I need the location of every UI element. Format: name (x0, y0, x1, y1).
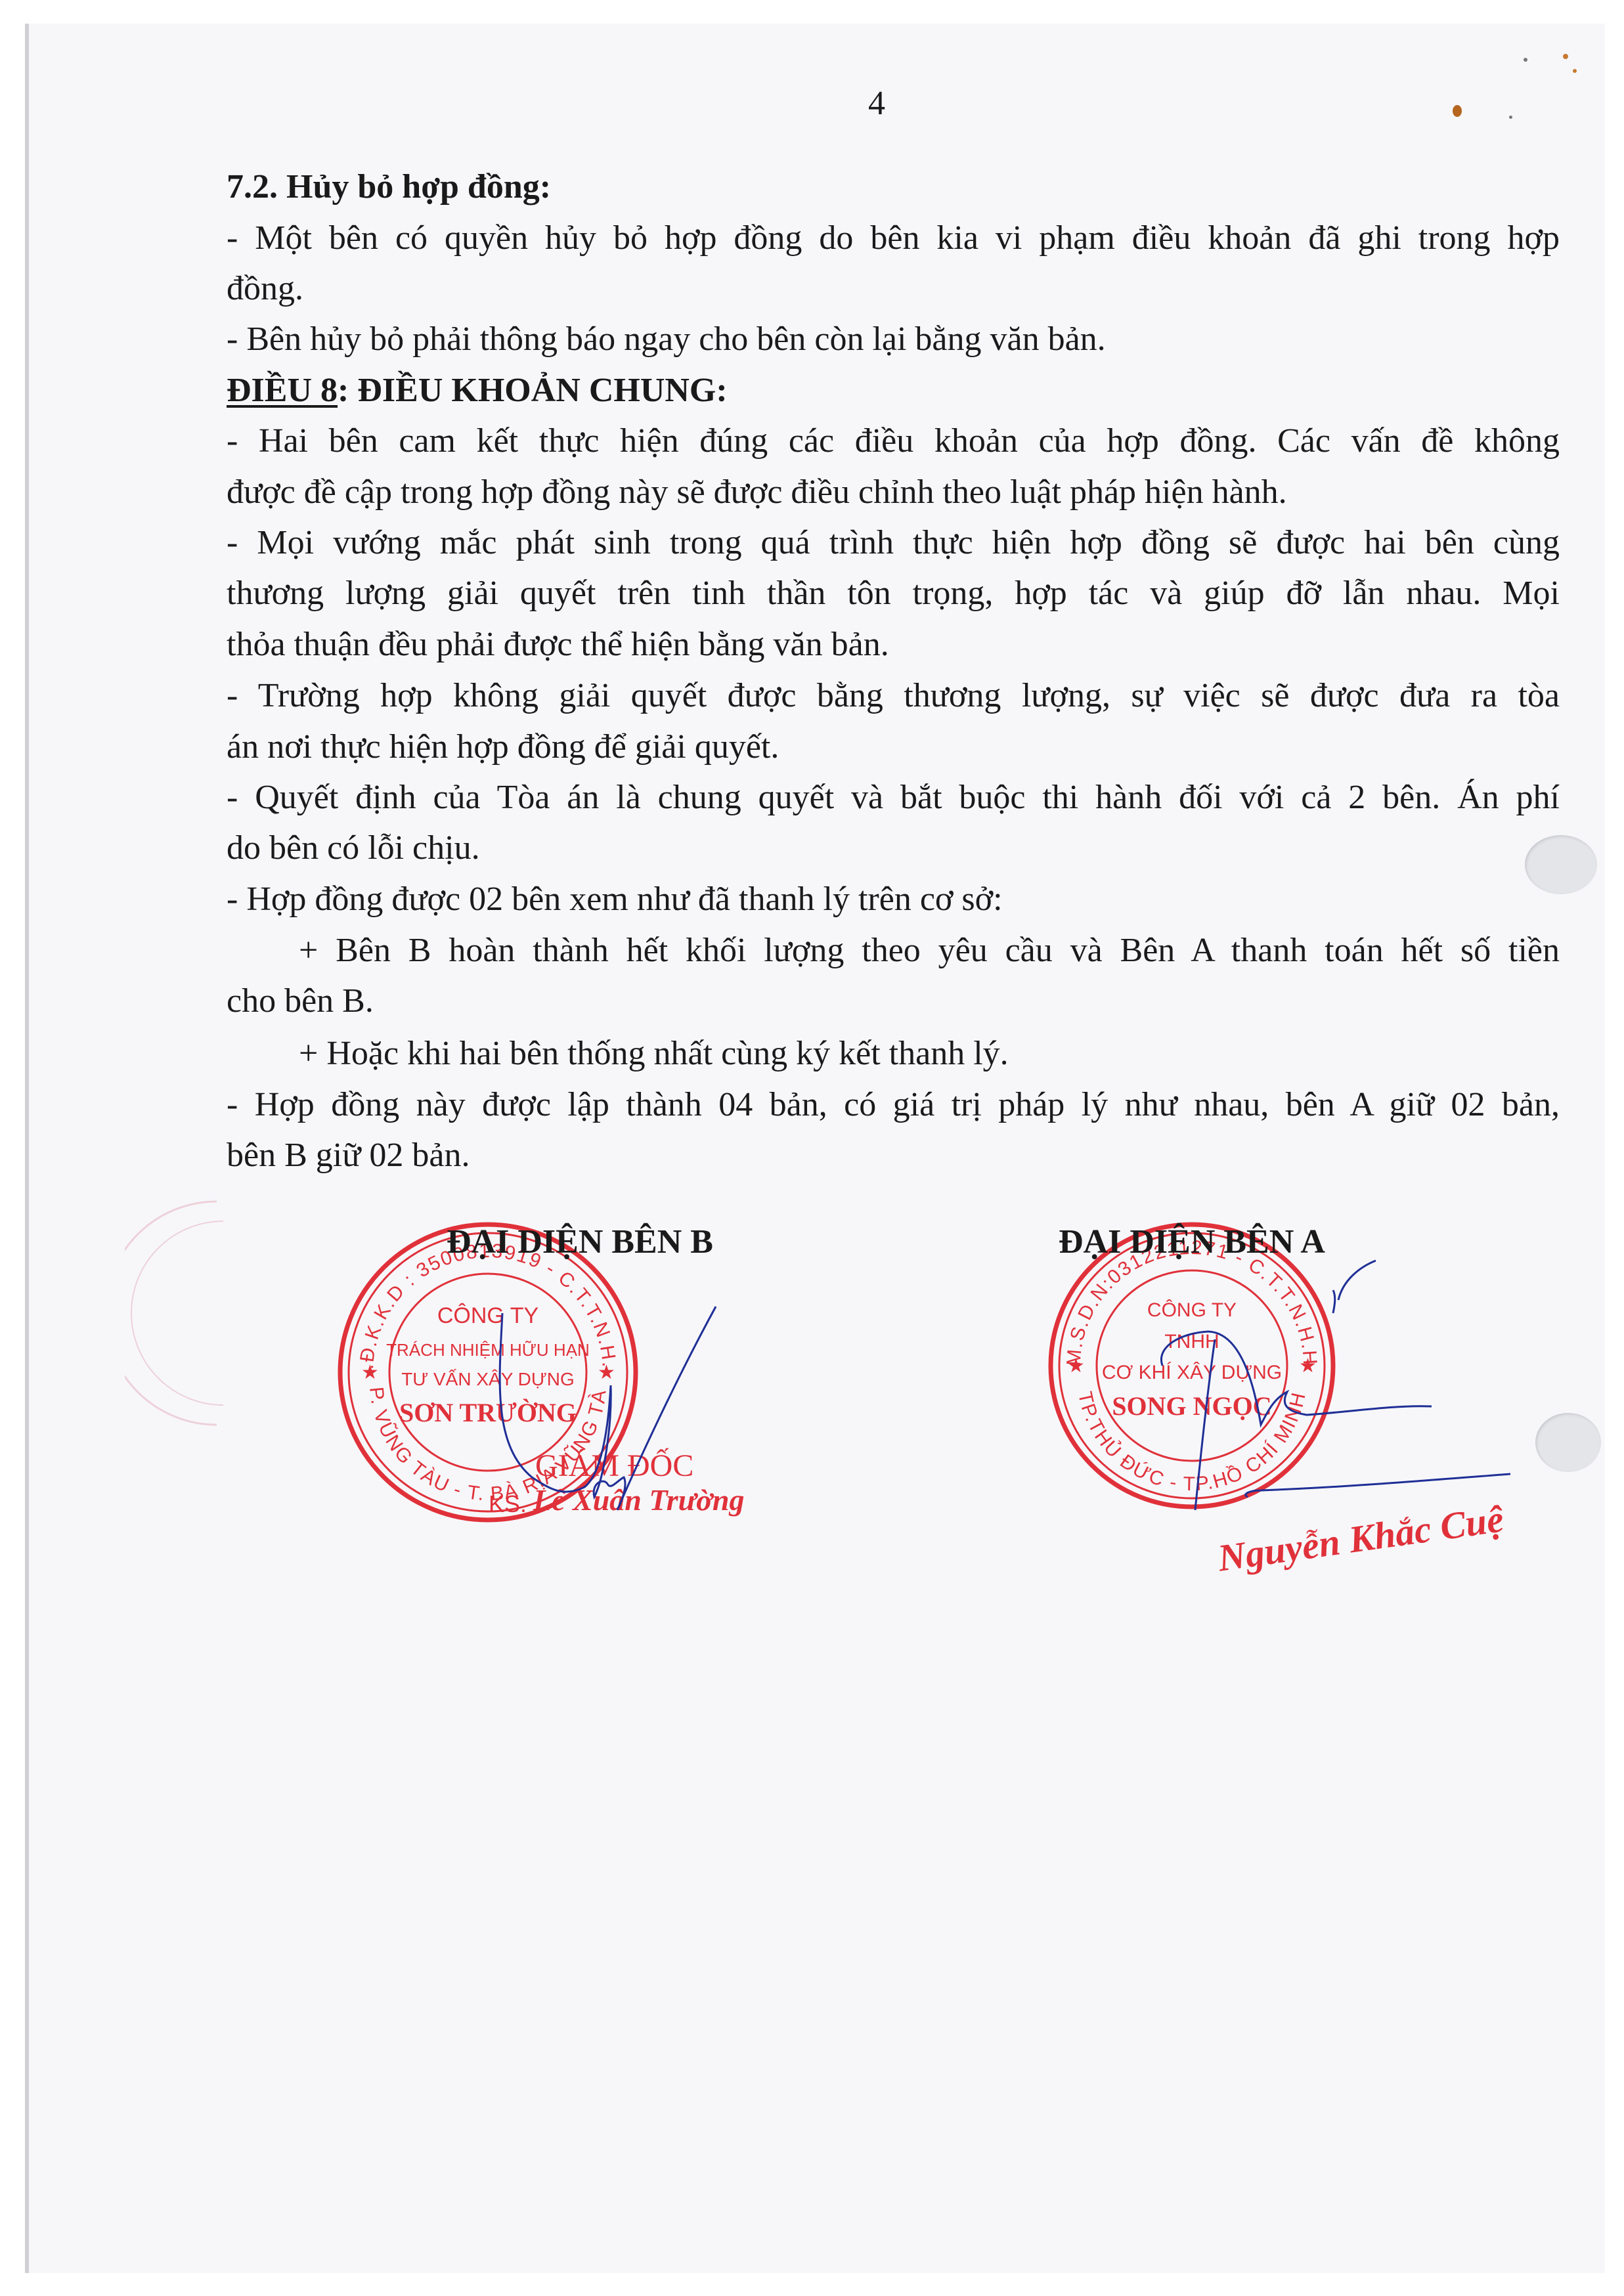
punch-hole (1535, 1413, 1601, 1472)
svg-text:★: ★ (1067, 1355, 1085, 1377)
paragraph-line: thỏa thuận đều phải được thể hiện bằng v… (227, 625, 1560, 664)
paper-stain (1509, 116, 1512, 119)
paper-stain (1524, 58, 1527, 62)
paragraph-line: + Bên B hoàn thành hết khối lượng theo y… (227, 931, 1560, 970)
paragraph-line: - Hợp đồng này được lập thành 04 bản, có… (227, 1085, 1560, 1125)
paragraph-line: - Trường hợp không giải quyết được bằng … (227, 676, 1560, 716)
signature-party-a (1116, 1234, 1524, 1549)
section-heading: 7.2. Hủy bỏ hợp đồng: (227, 167, 1560, 207)
paragraph-line: được đề cập trong hợp đồng này sẽ được đ… (227, 473, 1560, 512)
paragraph-line: cho bên B. (227, 982, 1560, 1021)
svg-text:★: ★ (361, 1362, 379, 1383)
page-number: 4 (868, 84, 885, 123)
paper-stain (1573, 69, 1577, 73)
article-title: : ĐIỀU KHOẢN CHUNG: (338, 372, 728, 409)
party-b-heading: ĐẠI DIỆN BÊN B (447, 1223, 713, 1262)
paragraph-line: án nơi thực hiện hợp đồng để giải quyết. (227, 727, 1560, 767)
paper-stain (1563, 54, 1568, 59)
paragraph-line: thương lượng giải quyết trên tinh thần t… (227, 574, 1560, 613)
punch-hole (1525, 835, 1597, 894)
paragraph-line: bên B giữ 02 bản. (227, 1136, 1560, 1175)
paper-stain (1453, 105, 1462, 117)
paragraph-line: - Mọi vướng mắc phát sinh trong quá trìn… (227, 523, 1560, 563)
paragraph-line: - Hợp đồng được 02 bên xem như đã thanh … (227, 880, 1560, 919)
paragraph-line: - Bên hủy bỏ phải thông báo ngay cho bên… (227, 320, 1560, 359)
paragraph-line: - Một bên có quyền hủy bỏ hợp đồng do bê… (227, 219, 1560, 258)
paragraph-line: do bên có lỗi chịu. (227, 829, 1560, 868)
article-number: ĐIỀU 8 (227, 372, 338, 409)
signature-party-b (427, 1280, 722, 1556)
paragraph-line: - Hai bên cam kết thực hiện đúng các điề… (227, 422, 1560, 461)
paragraph-line: đồng. (227, 269, 1560, 309)
paragraph-line: - Quyết định của Tòa án là chung quyết v… (227, 778, 1560, 817)
article-heading: ĐIỀU 8: ĐIỀU KHOẢN CHUNG: (227, 371, 1560, 410)
faint-stamp-imprint (125, 1195, 269, 1431)
paragraph-line: + Hoặc khi hai bên thống nhất cùng ký kế… (227, 1034, 1560, 1073)
